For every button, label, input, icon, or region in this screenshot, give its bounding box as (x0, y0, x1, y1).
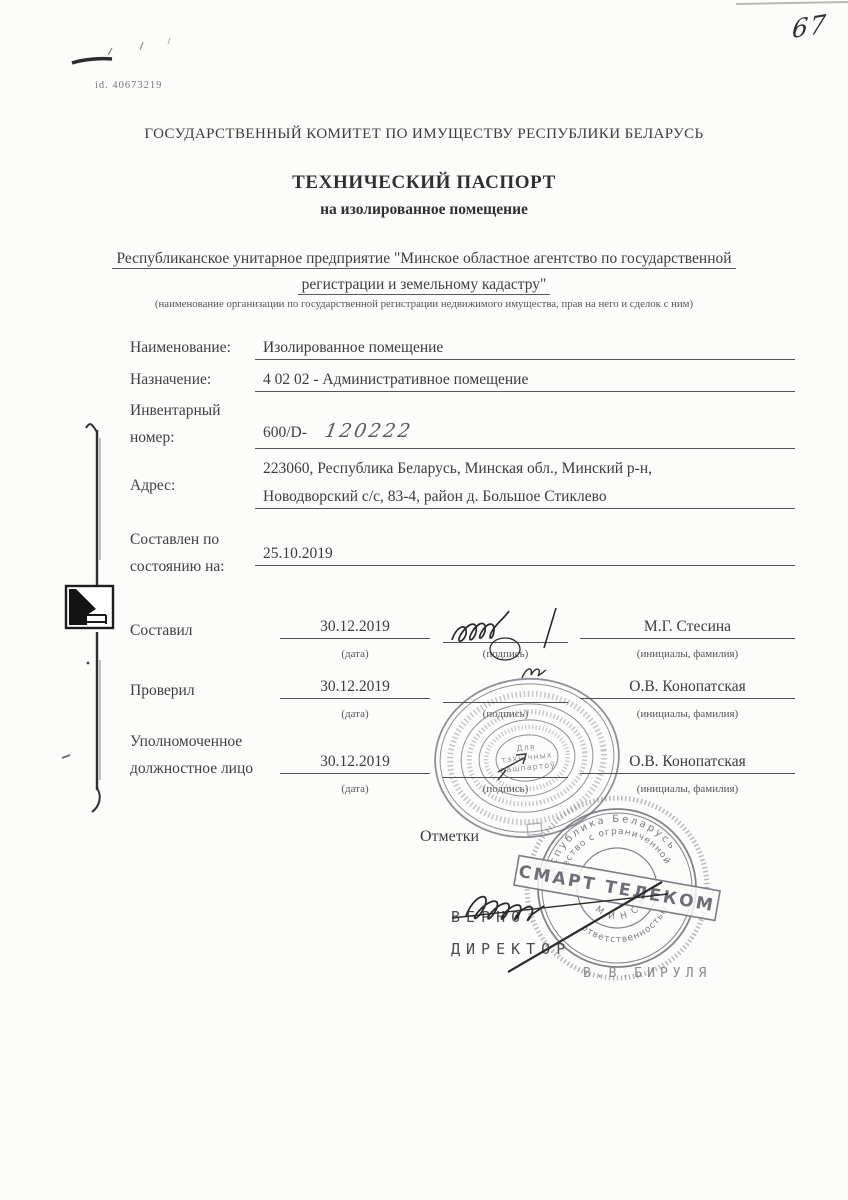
left-margin-binding-line (62, 424, 100, 812)
sig-caption-date-2: (дата) (280, 708, 430, 720)
inventory-prefix: 600/D- (263, 424, 307, 441)
field-value-address-1: 223060, Республика Беларусь, Минская обл… (255, 460, 795, 480)
sig-caption-date-1: (дата) (280, 648, 430, 660)
sig-caption-date-3: (дата) (280, 783, 430, 795)
field-label-purpose: Назначение: (130, 371, 211, 389)
field-value-asof: 25.10.2019 (255, 545, 795, 566)
field-value-name: Изолированное помещение (255, 339, 795, 360)
scan-id: id. 40673219 (95, 80, 162, 91)
sig-role-3a: Уполномоченное (130, 733, 242, 751)
arrow-block-artifact (66, 586, 113, 628)
sig-date-2: 30.12.2019 (280, 678, 430, 699)
top-left-pen-marks (72, 38, 170, 63)
verno-stamp-text: ВЕРНО (451, 908, 526, 926)
organization-line2: регистрации и земельному кадастру" (0, 276, 848, 294)
inventory-handwritten-number: 120222 (323, 420, 414, 442)
sig-date-1: 30.12.2019 (280, 618, 430, 639)
company-stamp-banner: СМАРТ ТЕЛЕКОМ (514, 856, 720, 921)
top-edge-scan-line (736, 2, 848, 4)
organization-line1: Республиканское унитарное предприятие "М… (0, 250, 848, 268)
field-label-inventory-1: Инвентарный (130, 402, 221, 420)
field-value-purpose: 4 02 02 - Административное помещение (255, 371, 795, 392)
document-title: ТЕХНИЧЕСКИЙ ПАСПОРТ (0, 172, 848, 194)
field-label-inventory-2: номер: (130, 429, 175, 447)
sig-name-3: О.В. Конопатская (580, 753, 795, 774)
scanned-document-page: 67 id. 40673219 ГОСУДАРСТВЕННЫЙ КОМИТЕТ … (0, 0, 848, 1200)
sig-role-1: Составил (130, 622, 193, 640)
sig-sign-3 (443, 753, 568, 778)
sig-caption-name-1: (инициалы, фамилия) (580, 648, 795, 660)
organization-caption: (наименование организации по государстве… (0, 298, 848, 310)
director-stamp-text: ДИРЕКТОР (451, 940, 571, 958)
field-value-address-2: Новодворский с/с, 83-4, район д. Большое… (255, 488, 795, 509)
sig-caption-sign-1: (подпись) (443, 648, 568, 660)
sig-date-3: 30.12.2019 (280, 753, 430, 774)
field-label-address: Адрес: (130, 477, 175, 495)
sig-name-2: О.В. Конопатская (580, 678, 795, 699)
field-label-asof-2: состоянию на: (130, 558, 225, 576)
sig-role-2: Проверил (130, 682, 195, 700)
field-label-name: Наименование: (130, 339, 231, 357)
sig-name-1: М.Г. Стесина (580, 618, 795, 639)
field-value-inventory: 600/D- 120222 (255, 420, 795, 449)
field-label-asof-1: Составлен по (130, 531, 219, 549)
document-subtitle: на изолированное помещение (0, 201, 848, 219)
sig-sign-1 (443, 618, 568, 643)
company-round-stamp: Республика Беларусь Общество с ограничен… (513, 786, 723, 992)
sig-sign-2 (443, 678, 568, 703)
committee-header: ГОСУДАРСТВЕННЫЙ КОМИТЕТ ПО ИМУЩЕСТВУ РЕС… (0, 126, 848, 143)
sig-role-3b: должностное лицо (130, 760, 253, 778)
handwritten-page-number: 67 (791, 9, 829, 44)
director-name-stamp-text: В.В.БИРУЛЯ (583, 966, 711, 981)
